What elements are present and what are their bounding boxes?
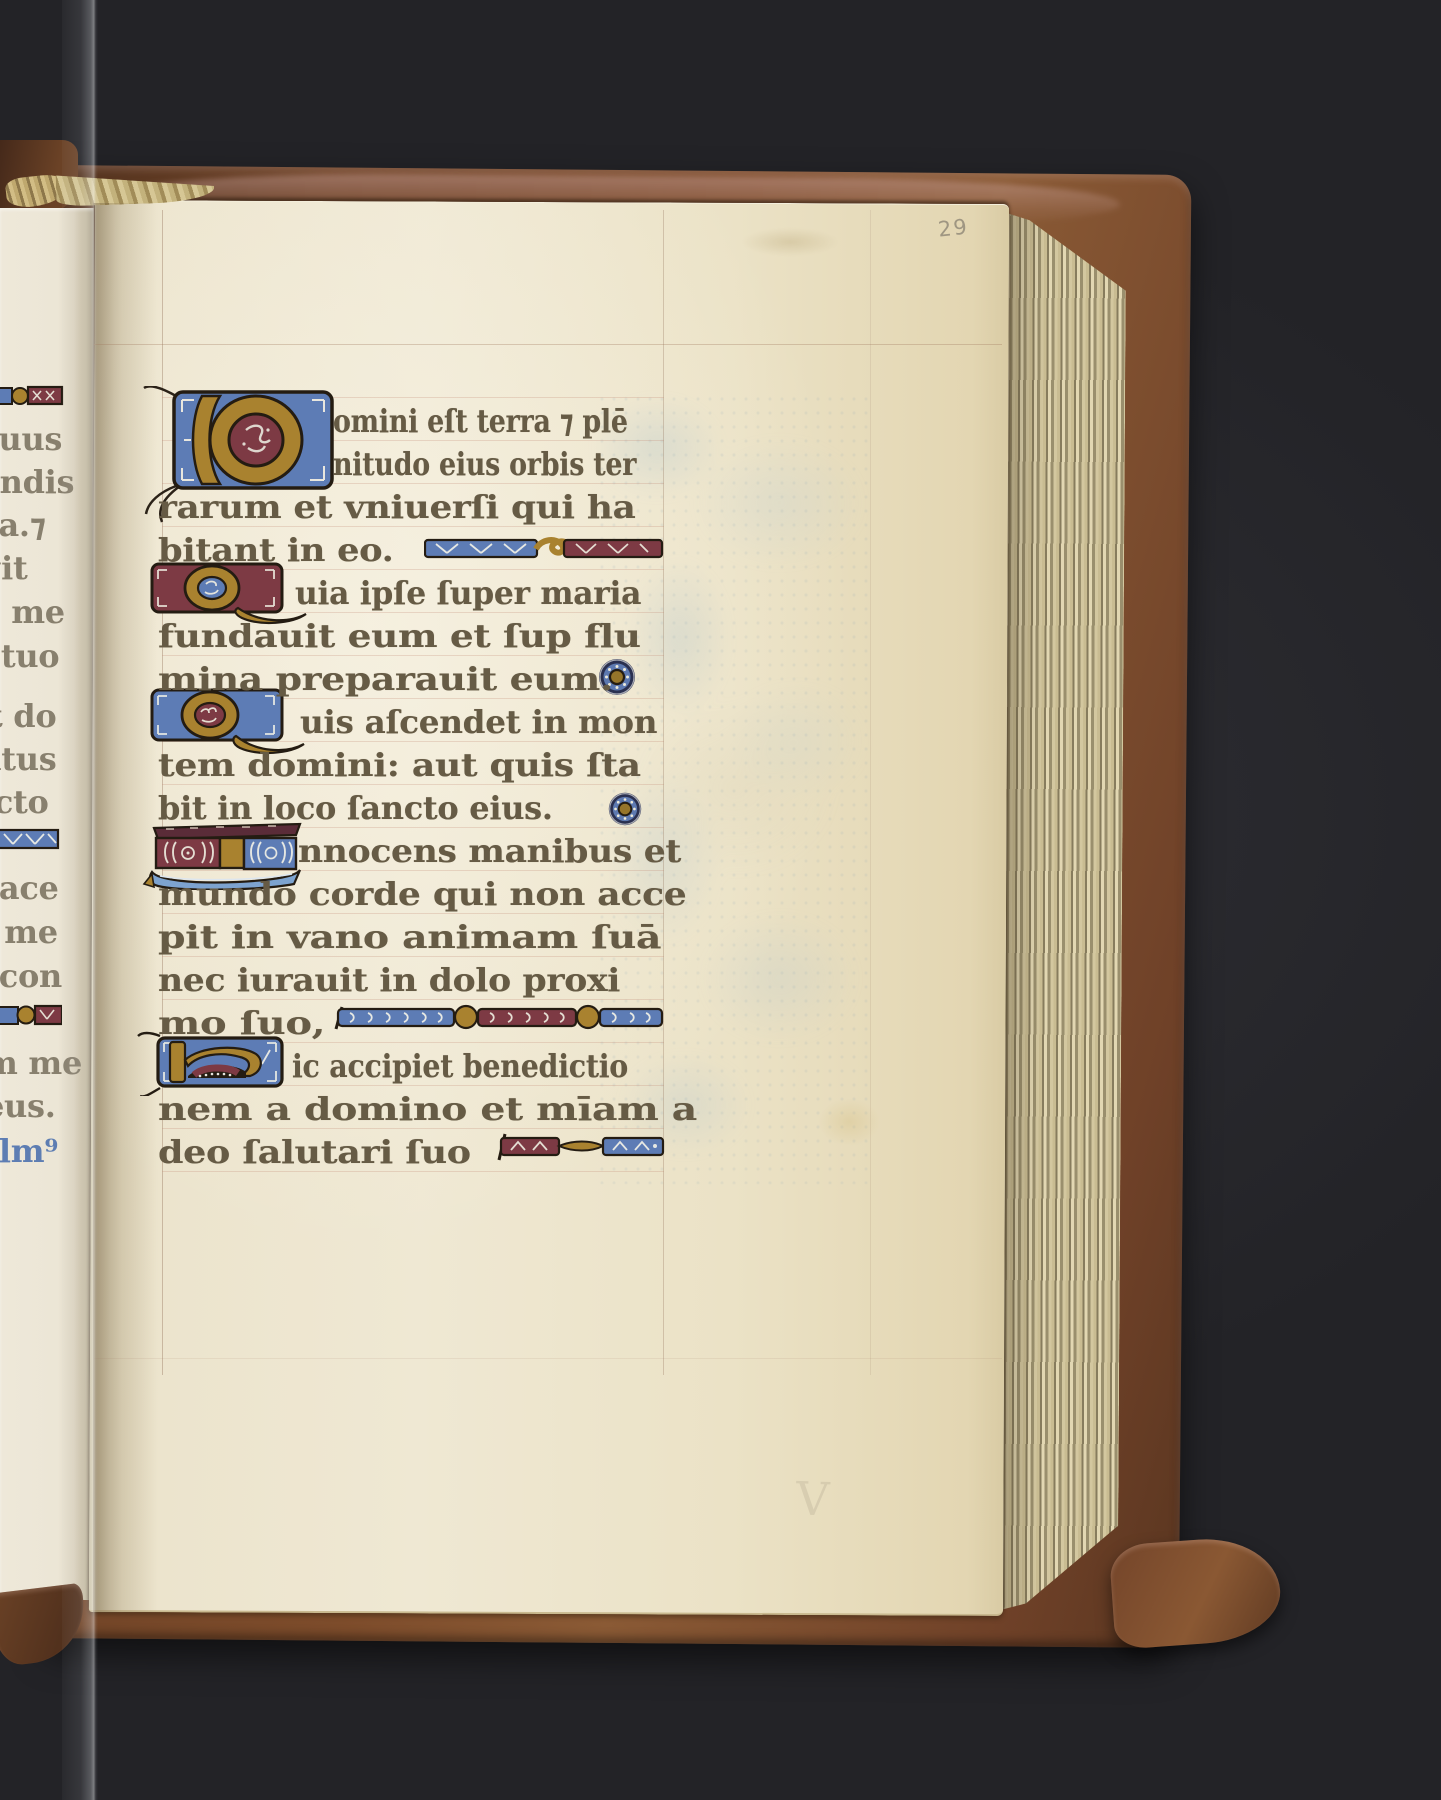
line-filler-blue-gold-maroon-gold-blue: [334, 1003, 666, 1033]
text-line: pit in vano animam ſuā: [158, 921, 661, 955]
text-line: bitant in eo.: [158, 534, 394, 568]
verso-text-fragment: eus.: [0, 1090, 56, 1124]
verso-text-fragment: delicto: [0, 786, 49, 820]
text-line: nec iurauit in dolo proxi: [158, 964, 620, 998]
outer-margin-rule: [870, 210, 871, 1375]
verso-text-fragment: ida me: [0, 596, 65, 630]
line-filler-maroon-gold-blue: [497, 1132, 665, 1162]
text-line: nem a domino et mīam a: [158, 1093, 697, 1127]
round-paragraph-mark: [607, 791, 643, 827]
top-frame-rule: [94, 344, 1002, 345]
verso-text-fragment: ta.⁊: [0, 509, 46, 543]
photograph-of-open-manuscript: 29 V: [0, 0, 1441, 1800]
text-line: mina preparauit eum.: [158, 663, 613, 697]
verso-text-fragment: a ⁊ me: [0, 916, 58, 950]
text-line: mo ſuo,: [158, 1007, 325, 1041]
text-line: ic accipiet benedictio: [292, 1050, 628, 1084]
verso-text-fragment: place: [0, 872, 59, 906]
text-line: nitudo eius orbis ter: [333, 448, 636, 482]
text-line: tem domini: aut quis ſta: [158, 749, 641, 783]
verso-rubric-fragment: ſalm⁹: [0, 1135, 58, 1169]
verso-line-filler: [0, 824, 62, 854]
text-line: fundauit eum et ſup flu: [158, 620, 641, 654]
verso-text-fragment: mendis: [0, 466, 74, 500]
text-line: deo ſalutari ſuo: [158, 1136, 471, 1170]
text-line: omini eſt terra ⁊ plē: [333, 405, 628, 439]
verso-text-fragment: n con: [0, 960, 62, 994]
verso-text-fragment: nt do: [0, 700, 56, 734]
page-fore-edge-stack: [994, 212, 1127, 1613]
faint-v-mark: V: [795, 1471, 830, 1526]
text-line: uia ipſe ſuper maria: [295, 577, 641, 611]
text-line: uis aſcendet in mon: [300, 706, 657, 740]
leather-bottom-corner: [1109, 1534, 1284, 1649]
parchment-stain: [742, 228, 838, 256]
verso-text-fragment: ulatus: [0, 743, 56, 777]
verso-text-fragment: uo tuo: [0, 640, 59, 674]
pencil-folio-number: 29: [937, 214, 970, 241]
verso-text-fragment: telligit: [0, 552, 28, 586]
text-line: nnocens manibus et: [298, 835, 681, 869]
verso-line-filler: [0, 383, 64, 411]
text-line: bit in loco ſancto eius.: [158, 792, 553, 826]
verso-text-fragment: tuus: [0, 423, 62, 457]
text-line: mundo corde qui non acce: [158, 878, 686, 912]
line-filler-blue-gold-maroon: [424, 535, 664, 563]
verso-line-filler: [0, 1001, 62, 1031]
text-line: rarum et vniuerſi qui ha: [158, 491, 635, 525]
bottom-frame-rule: [94, 1358, 1002, 1359]
bottom-left-leather-curl: [0, 1583, 90, 1668]
parchment-stain: [818, 1098, 880, 1146]
verso-text-fragment: m me: [0, 1047, 82, 1081]
